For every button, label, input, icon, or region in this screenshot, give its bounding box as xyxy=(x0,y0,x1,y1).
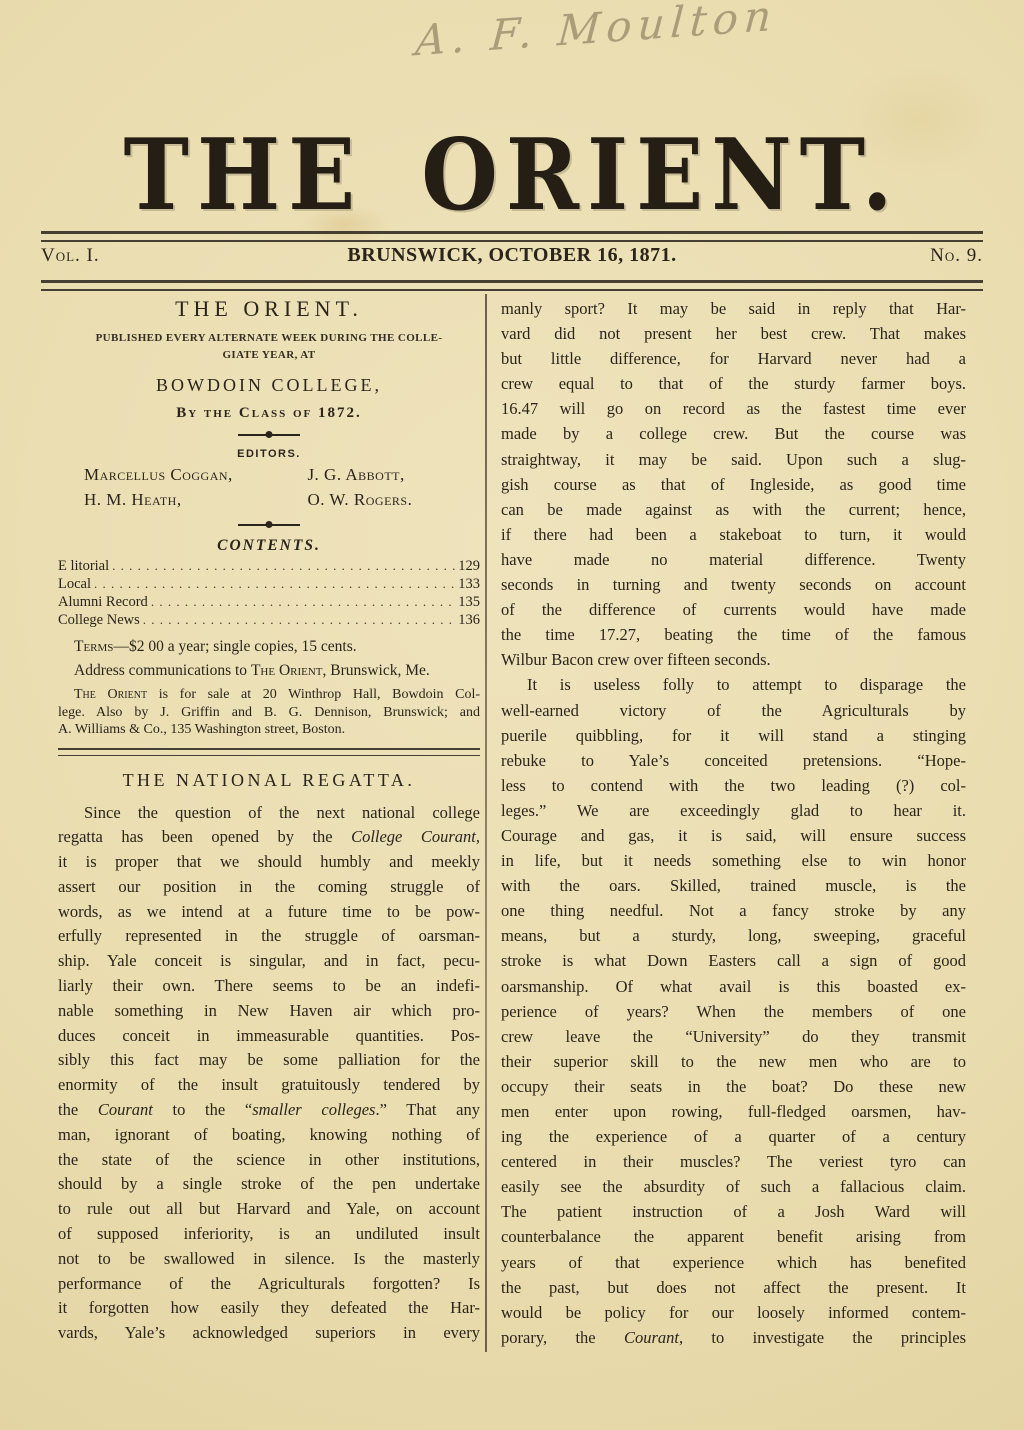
column-layout: THE ORIENT. PUBLISHED EVERY ALTERNATE WE… xyxy=(58,294,966,1352)
article-title: THE NATIONAL REGATTA. xyxy=(58,770,480,791)
text-line: one thing needful. Not a fancy stroke by… xyxy=(501,898,966,923)
text-line: lege. Also by J. Griffin and B. G. Denni… xyxy=(58,704,480,722)
text-line: vard did not present her best crew. That… xyxy=(501,321,966,346)
left-column: THE ORIENT. PUBLISHED EVERY ALTERNATE WE… xyxy=(58,294,480,1352)
handwritten-owner-signature: A. F. Moulton xyxy=(414,0,936,65)
text-line: of the difference of currents would have… xyxy=(501,597,966,622)
text-line: GIATE YEAR, AT xyxy=(58,347,480,364)
right-column: manly sport? It may be said in reply tha… xyxy=(501,294,966,1352)
text-line: liarly their own. There seems to be an i… xyxy=(58,974,480,999)
text-line: Courage and gas, it is said, will ensure… xyxy=(501,823,966,848)
editor-name: H. M. Heath, xyxy=(58,487,277,512)
contents-label: E litorial xyxy=(58,557,109,575)
text-line: to rule out all but Harvard and Yale, on… xyxy=(58,1197,480,1222)
text-line: if there had been a stakeboat to turn, i… xyxy=(501,522,966,547)
text-line: man, ignorant of boating, knowing nothin… xyxy=(58,1123,480,1148)
contents-row: Alumni Record135 xyxy=(58,593,480,611)
contents-label: College News xyxy=(58,611,140,629)
contents-row: College News136 xyxy=(58,611,480,629)
terms-line: Terms—$2 00 a year; single copies, 15 ce… xyxy=(58,638,480,656)
place-date-label: BRUNSWICK, OCTOBER 16, 1871. xyxy=(181,244,843,267)
text-line: A. Williams & Co., 135 Washington street… xyxy=(58,721,480,739)
paper-title: THE ORIENT. xyxy=(58,296,480,322)
top-double-rule xyxy=(41,231,983,242)
address-line: Address communications to The Orient, Br… xyxy=(58,662,480,680)
editor-name: O. W. Rogers. xyxy=(277,487,480,512)
text-line: counterbalance the apparent benefit aris… xyxy=(501,1224,966,1249)
text-line: have made no material difference. Twenty xyxy=(501,547,966,572)
text-line: of supposed inferiority, is an undiluted… xyxy=(58,1222,480,1247)
text-line: words, as we intend at a future time to … xyxy=(58,900,480,925)
text-line: crew equal to that of the sturdy farmer … xyxy=(501,371,966,396)
text-line: gish course as that of Ingleside, as goo… xyxy=(501,472,966,497)
text-line: with the oars. Skilled, trained muscle, … xyxy=(501,873,966,898)
sale-notice: The Orient is for sale at 20 Winthrop Ha… xyxy=(58,686,480,739)
contents-label: Alumni Record xyxy=(58,593,148,611)
text-line: performance of the Agriculturals forgott… xyxy=(58,1272,480,1297)
text-line: straightway, it may be said. Upon such a… xyxy=(501,447,966,472)
text-line: crew leave the “University” do they tran… xyxy=(501,1024,966,1049)
class-byline: By the Class of 1872. xyxy=(58,405,480,422)
editor-name: Marcellus Coggan, xyxy=(58,462,277,487)
dot-leader xyxy=(94,575,455,593)
text-line: perience of years? When the members of o… xyxy=(501,999,966,1024)
text-line: not to be swallowed in silence. Is the m… xyxy=(58,1247,480,1272)
contents-row: Local133 xyxy=(58,575,480,593)
text-line: can be made against as with the current;… xyxy=(501,497,966,522)
editors-list: Marcellus Coggan,J. G. Abbott,H. M. Heat… xyxy=(58,462,480,512)
text-line: The Orient is for sale at 20 Winthrop Ha… xyxy=(58,686,480,704)
contents-row: E litorial129 xyxy=(58,557,480,575)
text-line: men enter upon rowing, full-fledged oars… xyxy=(501,1099,966,1124)
text-line: it forgotten how easily they defeated th… xyxy=(58,1296,480,1321)
text-line: rebuke to Yale’s conceited pretensions. … xyxy=(501,748,966,773)
text-line: manly sport? It may be said in reply tha… xyxy=(501,296,966,321)
divider-ornament xyxy=(238,431,300,439)
section-double-rule xyxy=(58,748,480,756)
text-line: porary, the Courant, to investigate the … xyxy=(501,1325,966,1350)
issue-number-label: No. 9. xyxy=(843,245,983,267)
text-line: should by a single stroke of the pen und… xyxy=(58,1172,480,1197)
text-line: their superior skill to the new men who … xyxy=(501,1049,966,1074)
text-line: but little difference, for Harvard never… xyxy=(501,346,966,371)
text-line: puerile quibbling, for it will stand a s… xyxy=(501,723,966,748)
masthead-word-orient: ORIENT. xyxy=(421,116,900,232)
text-line: nable something in New Haven air which p… xyxy=(58,999,480,1024)
contents-page-number: 136 xyxy=(458,611,480,629)
text-line: the Courant to the “smaller colleges.” T… xyxy=(58,1098,480,1123)
text-line: duces conceit in immeasurable quantities… xyxy=(58,1024,480,1049)
editors-heading: EDITORS. xyxy=(58,448,480,460)
contents-list: E litorial129Local133Alumni Record135Col… xyxy=(58,557,480,629)
text-line: made by a college crew. But the course w… xyxy=(501,421,966,446)
dateline: Vol. I. BRUNSWICK, OCTOBER 16, 1871. No.… xyxy=(41,244,983,267)
text-line: stroke is what Down Easters call a sign … xyxy=(501,948,966,973)
dot-leader xyxy=(112,557,455,575)
text-line: years of that experience which has benef… xyxy=(501,1250,966,1275)
masthead-title: THEORIENT. xyxy=(0,116,1024,232)
publication-note: PUBLISHED EVERY ALTERNATE WEEK DURING TH… xyxy=(58,330,480,364)
divider-ornament xyxy=(238,521,300,529)
text-line: ing the experience of a quarter of a cen… xyxy=(501,1124,966,1149)
text-line: means, but a sturdy, long, sweeping, gra… xyxy=(501,923,966,948)
contents-page-number: 135 xyxy=(458,593,480,611)
text-line: the time 17.27, beating the time of the … xyxy=(501,622,966,647)
text-line: seconds in turning and twenty seconds on… xyxy=(501,572,966,597)
text-line: enormity of the insult gratuitously tend… xyxy=(58,1073,480,1098)
article-body-left: Since the question of the next national … xyxy=(58,801,480,1347)
text-line: Since the question of the next national … xyxy=(58,801,480,826)
text-line: sibly this fact may be some palliation f… xyxy=(58,1048,480,1073)
article-body-right: manly sport? It may be said in reply tha… xyxy=(501,296,966,1350)
dateline-double-rule xyxy=(41,280,983,291)
dot-leader xyxy=(151,593,455,611)
text-line: ship. Yale conceit is singular, and in f… xyxy=(58,949,480,974)
text-line: The patient instruction of a Josh Ward w… xyxy=(501,1199,966,1224)
text-line: It is useless folly to attempt to dispar… xyxy=(501,672,966,697)
volume-label: Vol. I. xyxy=(41,245,181,267)
text-line: Wilbur Bacon crew over fifteen seconds. xyxy=(501,647,966,672)
text-line: 16.47 will go on record as the fastest t… xyxy=(501,396,966,421)
dot-leader xyxy=(143,611,456,629)
text-line: occupy their seats in the boat? Do these… xyxy=(501,1074,966,1099)
text-line: regatta has been opened by the College C… xyxy=(58,825,480,850)
text-line: erfully represented in the struggle of o… xyxy=(58,924,480,949)
text-line: the state of the science in other instit… xyxy=(58,1148,480,1173)
newspaper-page: A. F. Moulton THEORIENT. Vol. I. BRUNSWI… xyxy=(0,0,1024,1430)
text-line: in life, but it needs something else to … xyxy=(501,848,966,873)
text-line: PUBLISHED EVERY ALTERNATE WEEK DURING TH… xyxy=(58,330,480,347)
contents-page-number: 129 xyxy=(458,557,480,575)
contents-label: Local xyxy=(58,575,91,593)
text-line: assert our position in the coming strugg… xyxy=(58,875,480,900)
institution-name: BOWDOIN COLLEGE, xyxy=(58,375,480,396)
text-line: vards, Yale’s acknowledged superiors in … xyxy=(58,1321,480,1346)
text-line: oarsmanship. Of what avail is this boast… xyxy=(501,974,966,999)
contents-page-number: 133 xyxy=(458,575,480,593)
text-line: easily see the absurdity of such a falla… xyxy=(501,1174,966,1199)
text-line: less to contend with the two leading (?)… xyxy=(501,773,966,798)
contents-heading: CONTENTS. xyxy=(58,537,480,555)
text-line: would be policy for our loosely informed… xyxy=(501,1300,966,1325)
column-divider-rule xyxy=(485,294,487,1352)
text-line: leges.” We are exceedingly glad to hear … xyxy=(501,798,966,823)
text-line: it is proper that we should humbly and m… xyxy=(58,850,480,875)
text-line: well-earned victory of the Agriculturals… xyxy=(501,698,966,723)
text-line: centered in their muscles? The veriest t… xyxy=(501,1149,966,1174)
text-line: the past, but does not affect the presen… xyxy=(501,1275,966,1300)
editor-name: J. G. Abbott, xyxy=(277,462,480,487)
masthead-word-the: THE xyxy=(124,116,364,232)
